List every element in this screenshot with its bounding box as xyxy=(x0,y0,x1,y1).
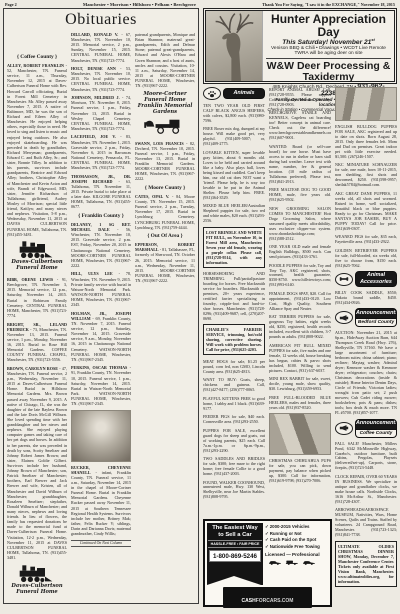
cars-ad-checklist: ✓2000-2015 Vehicles ✓Running or Not ✓Cas… xyxy=(265,524,320,550)
obituary-text: - 73, Manchester, TN. November 13, 2015.… xyxy=(7,327,67,363)
county-header: { Moore County } xyxy=(135,185,195,191)
section-label-animal-accessories: AnimalAccessories xyxy=(355,271,397,287)
obituary-text: - 52, Manchester, TN. Funeral service, 1… xyxy=(7,63,67,237)
obituary-entry: HOLT, DENISE ANN - 53, Manchester, TN. N… xyxy=(71,66,131,92)
classified-ad: FEMALE DOGS SPAY, $20. Call for appointm… xyxy=(269,291,331,311)
masthead-towns: Manchester • Morrison • Hillsboro • Pelh… xyxy=(83,2,196,7)
car-icon xyxy=(268,559,282,566)
obituary-column: DILLARD, RONALD V. - 67, Manchester, TN.… xyxy=(71,32,131,598)
checklist-text: 2000-2015 Vehicles xyxy=(270,524,310,529)
obituaries-title: Obituaries xyxy=(7,11,195,29)
cars-ad-phone: 1-800-869-5246 xyxy=(209,550,261,562)
county-header: { Out Of Area } xyxy=(135,233,195,239)
classified-ad: POODLE PUPPIES for sale, Toy and Tiny To… xyxy=(269,263,331,288)
bone-icon xyxy=(339,275,349,283)
obituary-entry: THOMASSON, JR., DR. JOSEPH RICHARD - 63,… xyxy=(71,174,131,210)
classified-ad: CLOCK REPAIR, OVER 60 YEARS IN BUSINESS.… xyxy=(335,474,397,504)
page-content: Obituaries { Coffee County }ALLEY, ROBER… xyxy=(0,8,400,610)
obituary-column: paternal grandparents, Monique and Brian… xyxy=(135,32,195,598)
classified-ad: LOST BRINDLE AND WHITE PIT BULL, on Nove… xyxy=(203,227,265,268)
obituary-text: - 81, Tallahassee, FL, formerly of Sherw… xyxy=(135,247,195,283)
checklist-item: ✓Running or Not xyxy=(265,531,320,538)
section-label-text: Announcements xyxy=(356,309,396,318)
classified-ad: PLAYFUL KITTENS FREE to good home, 1 tab… xyxy=(203,396,265,411)
classified-photo xyxy=(335,87,397,121)
page-number: Page 2 xyxy=(5,2,17,7)
page-masthead: Page 2 Manchester • Morrison • Hillsboro… xyxy=(0,0,400,8)
obituary-entry: SWANN, LOIS FRANCIS - 82, Decherd, TN. N… xyxy=(135,141,195,182)
carriage-icon xyxy=(143,116,187,136)
logo-cash-text: CASH xyxy=(242,598,256,604)
obituary-entry: EPPERSON, ROBERT MARSHALL - 81, Tallahas… xyxy=(135,242,195,283)
cash-for-cars-ad: The Easiest Way to Sell a Car HASSLE-FRE… xyxy=(203,519,332,607)
newspaper-page: Page 2 Manchester • Morrison • Hillsboro… xyxy=(0,0,400,614)
hunter-ad-date-suffix: st xyxy=(371,38,374,42)
megaphone-icon xyxy=(339,424,349,432)
cars-ad-ribbon: The Easiest Way to Sell a Car HASSLE-FRE… xyxy=(207,523,263,585)
cars-ad-title-line1: The Easiest Way xyxy=(212,525,258,531)
funeral-home-logo-text: Moore-Cortner Funeral Home xyxy=(135,92,195,104)
classified-ad: TWO SADDLES AND BRIDLES for sale, $300; … xyxy=(203,456,265,476)
deer-icon xyxy=(206,11,262,81)
obituary-entry: ALLEY, ROBERT FRANKLIN - 52, Manchester,… xyxy=(7,63,67,237)
obituary-entry: LACEFIELD, JOE V. - 83, Manchester, TN. … xyxy=(71,134,131,170)
section-header-animal-accessories: AnimalAccessories xyxy=(335,271,397,287)
checklist-item: ✓2000-2015 Vehicles xyxy=(265,524,320,531)
checklist-item: ✓Cash Paid on the Spot xyxy=(265,537,320,544)
hunter-ad-text: Hunter Appreciation Day This Saturday! N… xyxy=(263,11,394,81)
classified-ad: AUCTION: November 21, 2015 at 6p.m., Hid… xyxy=(335,330,397,415)
classified-ad: BILLY COOK SADDLE, $550; Dakota brand sa… xyxy=(335,290,397,305)
megaphone-icon xyxy=(339,314,349,322)
classified-ad: ULTIMATE OLDIES CHRISTMAS DINNER SHOW, M… xyxy=(335,541,397,587)
moore-cortner-logo: Moore-Cortner Funeral HomeFranklin Memor… xyxy=(135,92,195,136)
classified-ad: AKC GREAT DANE PUPPIES, 11 weeks old, al… xyxy=(335,191,397,231)
check-icon: ✓ xyxy=(265,537,269,542)
section-header-animals: Animals xyxy=(203,87,265,100)
bone-icon xyxy=(335,273,353,286)
cars-ad-tagline: HASSLE-FREE • FAIR PRICE xyxy=(208,540,262,548)
obituary-photo xyxy=(71,410,131,462)
train-icon xyxy=(7,240,67,260)
classified-ad: WANT TO BUY: Goats, sheep, chickens and … xyxy=(203,377,265,392)
continued-note: Continued On Next Column xyxy=(71,540,131,547)
obituary-continuation: paternal grandparents, Monique and Brian… xyxy=(135,32,195,88)
daves-culbertson-logo: Daves-CulbertsonFuneral Home xyxy=(7,240,67,272)
obituary-column: { Coffee County }ALLEY, ROBERT FRANKLIN … xyxy=(7,32,67,598)
classified-ad: FEEDER PIGS for sale, $40 each. Cornersv… xyxy=(203,414,265,424)
section-label-announcements-coffee: AnnouncementsCoffee County xyxy=(355,419,397,438)
train-icon xyxy=(7,564,67,584)
classified-ad: FALL SALE! Manchester, Millers Pond, 634… xyxy=(335,441,397,471)
logo-rest-text: FORCARS.COM xyxy=(256,598,294,604)
classified-ad: ENGLISH BULLDOG PUPPIES FOR SALE, AKC re… xyxy=(335,124,397,159)
section-label-text: Announcements xyxy=(356,420,396,429)
obituary-entry: CATES, OPAL V. - 84, Moore County, TN. N… xyxy=(135,194,195,230)
hunter-ad-twra: TWRA will be aging deer on site xyxy=(266,51,391,56)
hunter-ad-title: Hunter Appreciation Day xyxy=(266,13,391,38)
deer-photo xyxy=(206,11,263,81)
obituary-entry: BROWN, CAROLYN ROSE - 47, Manchester, TN… xyxy=(7,366,67,560)
classified-ad: NKC MINIATURE SCHNAUZER for sale, one ma… xyxy=(335,162,397,187)
car-icon xyxy=(302,559,316,566)
obituary-text: - 91, Beechgrove, TN. November 3, 2015. … xyxy=(7,277,67,318)
classified-ad: TEN TWO YEAR OLD FIRST CALF BLACK ANGUS … xyxy=(203,103,265,123)
classified-ad: FOUND, WALKER COONHOUND, unneutered male… xyxy=(203,480,265,500)
classified-ad: CHRISTMAS CHIHUAHUA PUPS for sale, you c… xyxy=(269,458,331,483)
classified-ad: NEW GROOMING SALON COMES TO MANCHESTER! … xyxy=(269,206,331,241)
check-icon: ✓ xyxy=(265,544,269,549)
county-header: { Coffee County } xyxy=(7,54,67,60)
obituary-entry: DILLARD, RONALD V. - 67, Manchester, TN.… xyxy=(71,32,131,63)
paw-icon xyxy=(203,87,221,100)
obituary-entry: BIBB, ORENE LEWIS - 91, Beechgrove, TN. … xyxy=(7,277,67,318)
checklist-item: ✓Nationwide Free Towing xyxy=(265,544,320,551)
funeral-home-logo-text: Funeral Home xyxy=(7,590,67,596)
obituary-text: - 63, Tullahoma, TN. November 11, 2015. … xyxy=(71,179,131,210)
cars-ad-title: The Easiest Way to Sell a Car xyxy=(208,525,262,538)
checklist-text: Nationwide Free Towing xyxy=(270,544,320,549)
classified-ad: FREE FULL-BLOODED BLUE HEELERS, males an… xyxy=(269,395,331,410)
classified-ad: CHARLIE'S FARRIER SERVICE, trimming, hot… xyxy=(203,324,265,355)
obituary-text: - 47, Manchester, TN. Funeral service, 2… xyxy=(7,366,67,560)
car-icons-row xyxy=(265,559,320,566)
obituary-text: - infant, Franklin County, TN. Funeral s… xyxy=(71,470,131,536)
classified-ad: MEAT HOGS for sale, $1.25 per pound, cor… xyxy=(203,359,265,374)
obituaries-columns: { Coffee County }ALLEY, ROBERT FRANKLIN … xyxy=(7,32,195,598)
cars-ad-right: ✓2000-2015 Vehicles ✓Running or Not ✓Cas… xyxy=(265,523,320,585)
obituary-text: - 84, Moore County, TN. November 15, 201… xyxy=(135,194,195,230)
classified-ad: AMERICAN PIT BULL MIXED PUPPIES for sale… xyxy=(269,343,331,373)
car-icon xyxy=(285,559,299,566)
classified-ad: WANTED: Board (or self-care board) for o… xyxy=(269,144,331,184)
train-icon xyxy=(15,564,59,584)
classified-ad: ONE YEAR OLD male and female English Bul… xyxy=(269,244,331,259)
classified-ad: BEECHGROVE STABLE AND KENNELS, Cageless … xyxy=(269,110,331,140)
section-header-announcements-coffee: AnnouncementsCoffee County xyxy=(335,419,397,438)
hunter-appreciation-ad: Hunter Appreciation Day This Saturday! N… xyxy=(203,8,397,84)
classified-ad: HORSESHOEING AND TRIMMING. Full/partial/… xyxy=(203,271,265,321)
cars-ad-title-line2: to Sell a Car xyxy=(218,532,252,538)
obituary-text: - 78, Winchester, TN. November 9, 2015. … xyxy=(71,271,131,307)
obituaries-section: Obituaries { Coffee County }ALLEY, ROBER… xyxy=(3,8,199,604)
section-label-text: Animals xyxy=(224,89,264,98)
obituary-entry: RUCKER, CHEYENNE SHANELL - infant, Frank… xyxy=(71,465,131,537)
obituary-entry: BRIGHT, SR., LELAND FREDRICK - 73, Manch… xyxy=(7,322,67,363)
classified-ad: MINI REX RABBIT for sale, sweet, docile,… xyxy=(269,376,331,391)
classified-column: ENGLISH BULLDOG PUPPIES FOR SALE, AKC re… xyxy=(335,87,397,610)
paw-icon xyxy=(207,90,217,98)
obituary-text: - 67, Manchester, TN. November 10, 2015.… xyxy=(71,32,131,63)
classified-ad: FREE Boxer mix dog, dumped at my house. … xyxy=(203,126,265,146)
checklist-text: Cash Paid on the Spot xyxy=(270,537,317,542)
cashforcars-logo: CASHFORCARS.COM xyxy=(223,587,313,608)
section-label-text: Animal xyxy=(356,272,396,279)
classified-ad: PUPPIES FOR SALE, excellent guard dogs f… xyxy=(203,428,265,453)
classified-ad: REPORT ANIMAL ABUSE! Call, (931)728-9555… xyxy=(269,87,331,107)
hunter-ad-business: W&W Deer Processing & Taxidermy xyxy=(266,58,391,83)
right-section: Hunter Appreciation Day This Saturday! N… xyxy=(203,8,397,610)
classified-ad: RAT TERRIER PUPPIES for sale, gorgeous T… xyxy=(269,314,331,339)
obituary-text: - 69, Franklin County, TN. November 7, 2… xyxy=(71,316,131,362)
cars-ad-top: The Easiest Way to Sell a Car HASSLE-FRE… xyxy=(207,523,328,585)
obituary-text: - 83, Manchester, TN. November 1, 2015. … xyxy=(71,134,131,170)
section-label-text: Accessories xyxy=(356,279,396,286)
obituary-text: - 91, Franklin County, TN. November 10, … xyxy=(71,365,131,406)
daves-culbertson-logo: Daves-CulbertsonFuneral Home xyxy=(7,564,67,596)
classified-ad: MIXED BLUE HEELER/Australian Shepherd pu… xyxy=(203,203,265,223)
section-header-announcements-bedford: AnnouncementsBedford County xyxy=(335,308,397,327)
obituary-entry: JOHNSON, MILDRED J. - 74, Morrison, TN. … xyxy=(71,95,131,131)
funeral-home-logo-text: Funeral Home xyxy=(7,266,67,272)
check-icon: ✓ xyxy=(265,524,269,529)
masthead-slogan: Thank You For Saying, "I saw it in the E… xyxy=(262,2,395,7)
classified-ad: GOLDEN RETRIEVER PUPPIES for sale, full-… xyxy=(335,248,397,268)
classified-ad: LOVABLE KITTEN, super lovable gray kitte… xyxy=(203,150,265,200)
train-icon xyxy=(15,240,59,260)
classified-photo xyxy=(269,413,331,455)
classified-ad: ARROWHEADS/AEROSPACE MUSEUM, Nativities,… xyxy=(335,507,397,537)
carriage-icon xyxy=(135,116,195,136)
checklist-text: Running or Not xyxy=(270,531,302,536)
county-header: { Franklin County } xyxy=(71,213,131,219)
classified-ad: WEANED PIGS for sale, $35 each, Fayettev… xyxy=(335,234,397,244)
section-label-animals: Animals xyxy=(223,88,265,99)
funeral-home-logo-text: Franklin Memorial Gardens xyxy=(135,104,195,116)
obituary-entry: HOLMAN, JR., JOSEPH WILLIAM - 69, Frankl… xyxy=(71,311,131,362)
section-sublabel-text: Bedford County xyxy=(356,318,396,326)
classified-ad: FREE MALTESE DOG TO GOOD HOME, male, fiv… xyxy=(269,187,331,202)
megaphone-icon xyxy=(335,422,353,435)
section-label-announcements-bedford: AnnouncementsBedford County xyxy=(355,308,397,327)
obituary-text: - 74, Morrison, TN. November 8, 2015. Fu… xyxy=(71,95,131,131)
obituary-entry: HILL, ULYS LEE - 78, Winchester, TN. Nov… xyxy=(71,271,131,307)
obituary-entry: PERKINS, OSCAR THOMAS - 91, Franklin Cou… xyxy=(71,365,131,406)
obituary-text: - 56, Winchester, TN. November 10, 2015.… xyxy=(71,227,131,268)
megaphone-icon xyxy=(335,311,353,324)
cars-ad-licensed: Licensed — Professional xyxy=(265,552,320,557)
check-icon: ✓ xyxy=(265,531,269,536)
obituary-text: - 82, Decherd, TN. November 10, 2015. Fu… xyxy=(135,141,195,182)
obituary-entry: DELANEY, 1 SG RET. MICHAEL DALE - 56, Wi… xyxy=(71,222,131,268)
section-sublabel-text: Coffee County xyxy=(356,429,396,437)
